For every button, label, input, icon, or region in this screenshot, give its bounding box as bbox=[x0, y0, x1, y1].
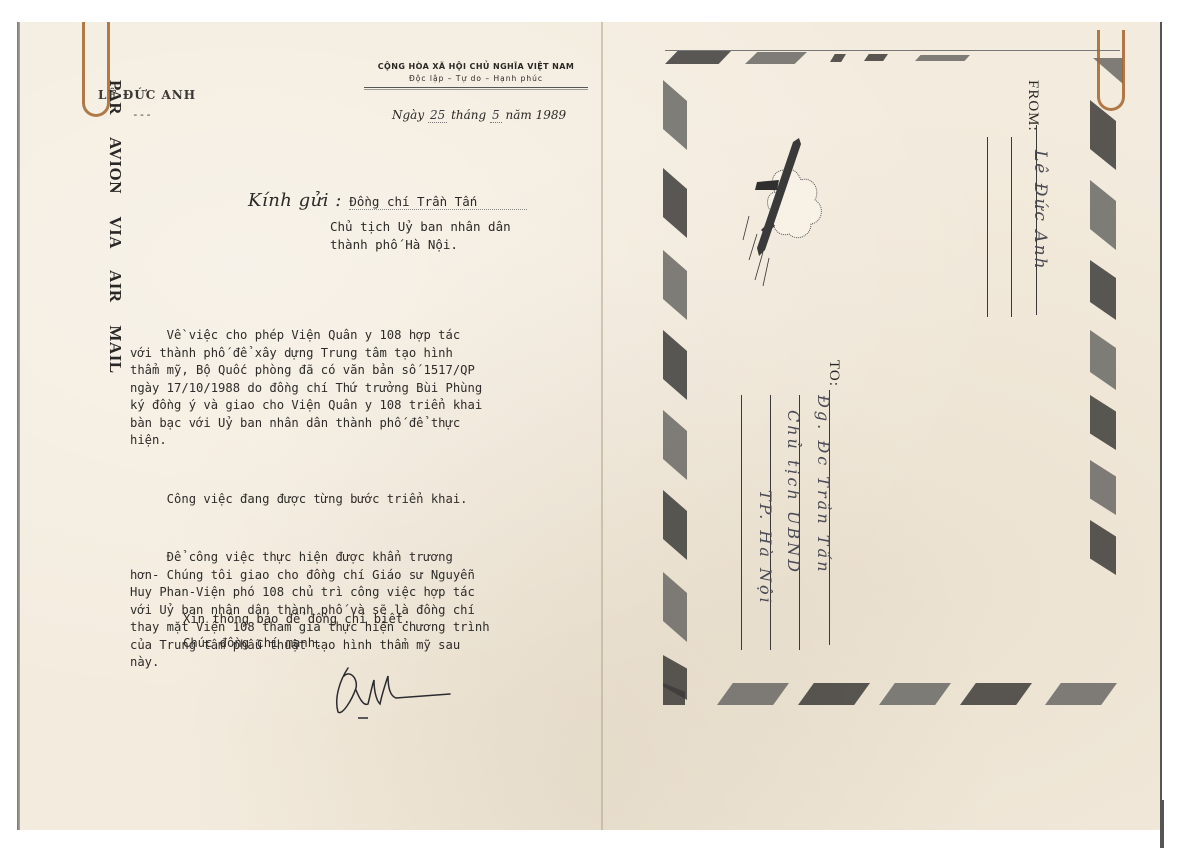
to-handwritten-line: TP. Hà Nội bbox=[756, 490, 775, 606]
signature bbox=[330, 660, 460, 720]
date-day: 25 bbox=[428, 108, 447, 123]
body-paragraph: Công việc đang được từng bước triển khai… bbox=[130, 491, 600, 509]
heading-rule-secondary bbox=[364, 89, 588, 90]
to-line bbox=[741, 395, 742, 650]
date-day-label: Ngày bbox=[392, 108, 424, 122]
salutation-prefix: Kính gửi : bbox=[248, 190, 342, 211]
date-month: 5 bbox=[490, 108, 502, 123]
heading-rule bbox=[364, 87, 588, 88]
airmail-stripe bbox=[915, 55, 970, 61]
recipient-title: Chủ tịch Uỷ ban nhân dân thành phố Hà Nộ… bbox=[330, 218, 511, 254]
envelope-top-rule bbox=[665, 50, 1120, 51]
date-year: 1989 bbox=[536, 108, 567, 122]
page-fold-line bbox=[601, 22, 603, 830]
from-line bbox=[987, 137, 988, 317]
from-line bbox=[1011, 137, 1012, 317]
salutation: Kính gửi : Đồng chí Trần Tấn bbox=[248, 190, 527, 211]
to-handwritten-line: Chủ tịch UBND bbox=[784, 410, 803, 575]
date-year-label: năm bbox=[505, 108, 531, 122]
airplane-icon bbox=[735, 130, 835, 290]
from-label: FROM: bbox=[1024, 80, 1041, 132]
from-handwritten: Lê Đức Anh bbox=[1030, 150, 1050, 271]
body-paragraph: Về việc cho phép Viện Quân y 108 hợp tác… bbox=[130, 327, 600, 450]
date-month-label: tháng bbox=[451, 108, 486, 122]
country-name: CỘNG HÒA XÃ HỘI CHỦ NGHĨA VIỆT NAM bbox=[360, 62, 592, 71]
national-heading: CỘNG HÒA XÃ HỘI CHỦ NGHĨA VIỆT NAM Độc l… bbox=[360, 62, 592, 90]
letter-date: Ngày 25 tháng 5 năm 1989 bbox=[392, 108, 566, 122]
airmail-label: PAR AVION VIA AIR MAIL bbox=[105, 80, 125, 374]
salutation-recipient: Đồng chí Trần Tấn bbox=[349, 194, 527, 210]
to-handwritten-line: Đg. Đc Trần Tấn bbox=[814, 395, 833, 575]
to-label: TO: bbox=[825, 360, 842, 387]
letter-closing: Xin thông báo để đồng chí biết. Chúc đồn… bbox=[183, 607, 410, 655]
national-motto: Độc lập – Tự do – Hạnh phúc bbox=[360, 74, 592, 83]
staple-rust-mark bbox=[1097, 30, 1125, 111]
sender-dash: --- bbox=[132, 108, 152, 121]
staple-rust-mark bbox=[82, 22, 110, 117]
scan-edge-right bbox=[1160, 800, 1164, 848]
